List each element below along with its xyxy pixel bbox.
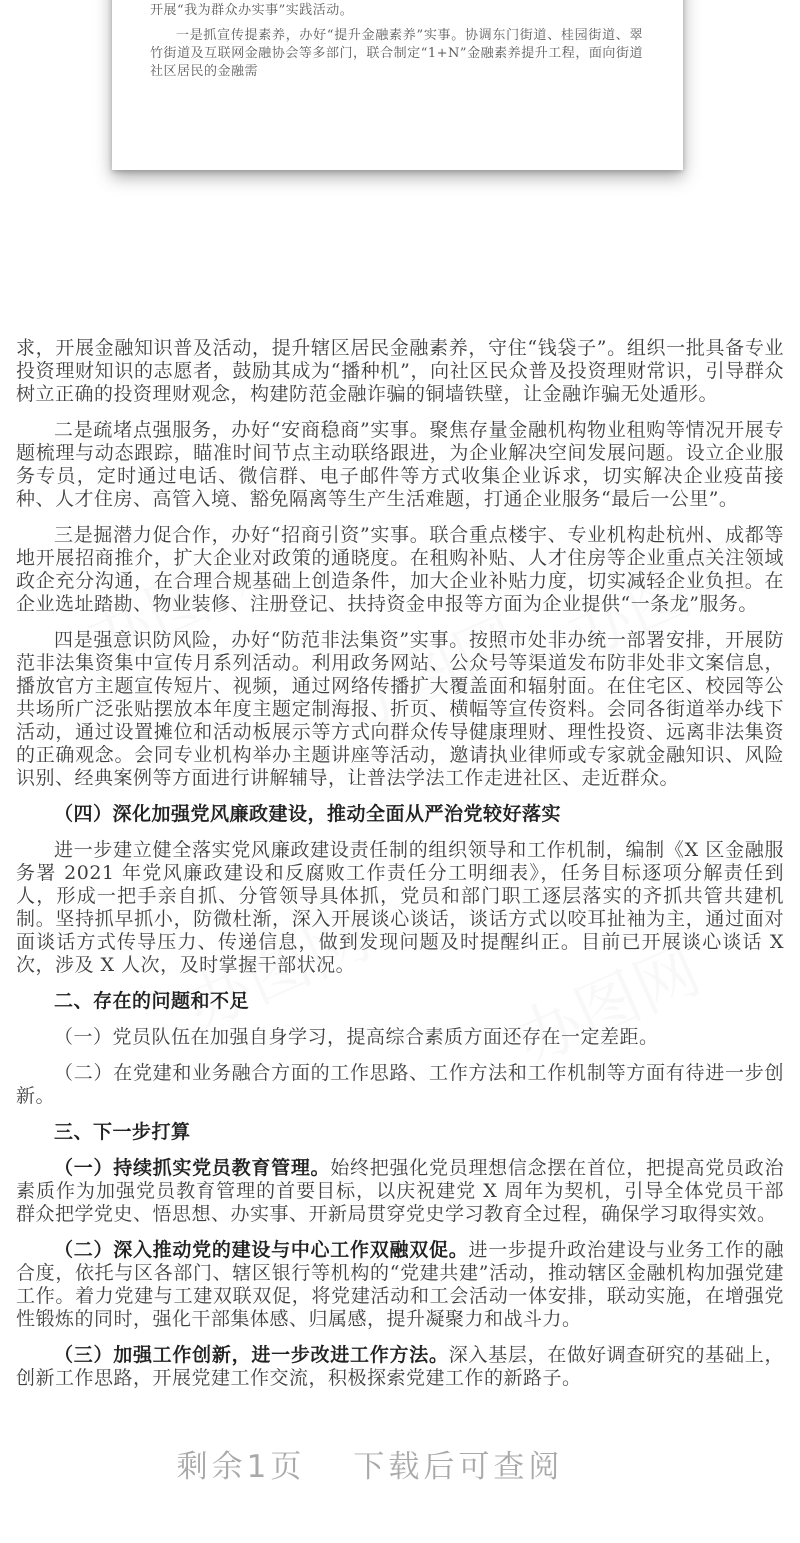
preview-page-card: 开展“我为群众办实事”实践活动。 一是抓宣传提素养，办好“提升金融素养”实事。协…	[112, 0, 683, 170]
section-heading: 三、下一步打算	[16, 1121, 784, 1144]
paragraph: （二）深入推动党的建设与中心工作双融双促。进一步提升政治建设与业务工作的融合度，…	[16, 1239, 784, 1331]
paragraph-lead: （二）深入推动党的建设与中心工作双融双促。	[54, 1239, 468, 1261]
paragraph: （一）党员队伍在加强自身学习，提高综合素质方面还存在一定差距。	[16, 1026, 784, 1049]
paragraph: 四是强意识防风险，办好“防范非法集资”实事。按照市处非办统一部署安排，开展防范非…	[16, 629, 784, 790]
paragraph: 三是掘潜力促合作，办好“招商引资”实事。联合重点楼宇、专业机构赴杭州、成都等地开…	[16, 524, 784, 616]
document-body: 求，开展金融知识普及活动，提升辖区居民金融素养，守住“钱袋子”。组织一批具备专业…	[16, 337, 784, 1403]
footer-tip: 剩余1页下载后可查阅	[0, 1441, 740, 1486]
paragraph-lead: （一）持续抓实党员教育管理。	[54, 1157, 330, 1179]
paragraph: 求，开展金融知识普及活动，提升辖区居民金融素养，守住“钱袋子”。组织一批具备专业…	[16, 337, 784, 406]
section-heading: （四）深化加强党风廉政建设，推动全面从严治党较好落实	[16, 803, 784, 826]
paragraph: 进一步建立健全落实党风廉政建设责任制的组织领导和工作机制，编制《X 区金融服务署…	[16, 839, 784, 977]
paragraph: （二）在党建和业务融合方面的工作思路、工作方法和工作机制等方面有待进一步创新。	[16, 1062, 784, 1108]
section-heading: 二、存在的问题和不足	[16, 990, 784, 1013]
paragraph: （三）加强工作创新，进一步改进工作方法。深入基层，在做好调查研究的基础上，创新工…	[16, 1344, 784, 1390]
preview-paragraph: 开展“我为群众办实事”实践活动。	[150, 2, 643, 20]
paragraph: 二是疏堵点强服务，办好“安商稳商”实事。聚焦存量金融机构物业租购等情况开展专题梳…	[16, 419, 784, 511]
preview-paragraph: 一是抓宣传提素养，办好“提升金融素养”实事。协调东门街道、桂园街道、翠竹街道及互…	[150, 27, 643, 81]
paragraph: （一）持续抓实党员教育管理。始终把强化党员理想信念摆在首位，把提高党员政治素质作…	[16, 1157, 784, 1226]
remaining-pages-label: 剩余1页	[177, 1449, 306, 1485]
paragraph-lead: （三）加强工作创新，进一步改进工作方法。	[54, 1344, 449, 1366]
download-hint-label: 下载后可查阅	[353, 1449, 563, 1485]
